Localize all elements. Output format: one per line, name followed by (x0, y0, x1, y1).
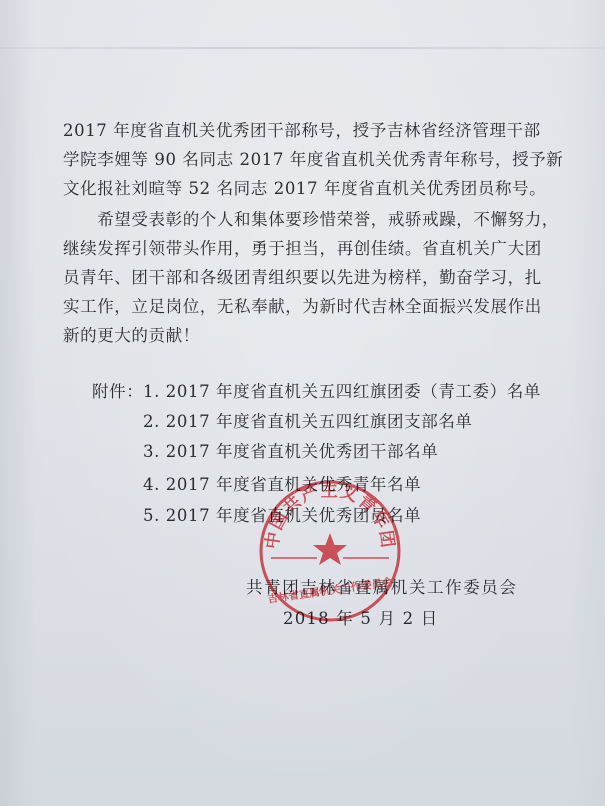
attachment-item: 2. 2017 年度省直机关五四红旗团支部名单 (143, 412, 473, 432)
attachment-item: 1. 2017 年度省直机关五四红旗团委（青工委）名单 (143, 382, 541, 402)
attachments-label: 附件： (92, 382, 143, 402)
attachment-item: 5. 2017 年度省直机关优秀团员名单 (143, 506, 421, 526)
body-line: 员青年、团干部和各级团青组织要以先进为榜样，勤奋学习，扎 (63, 268, 542, 288)
signature-organization: 共青团吉林省直属机关工作委员会 (246, 578, 518, 598)
star-icon (313, 533, 347, 565)
document-date: 2018 年 5 月 2 日 (283, 609, 439, 629)
attachment-item: 4. 2017 年度省直机关优秀青年名单 (143, 475, 421, 495)
body-line: 实工作，立足岗位，无私奉献，为新时代吉林全面振兴发展作出 (63, 297, 542, 317)
body-line: 文化报社刘暄等 52 名同志 2017 年度省直机关优秀团员称号。 (63, 179, 546, 199)
body-line: 学院李娌等 90 名同志 2017 年度省直机关优秀青年称号，授予新 (63, 150, 563, 170)
body-line: 继续发挥引领带头作用，勇于担当，再创佳绩。省直机关广大团 (63, 239, 542, 259)
official-seal-stamp: 中国共产主义青年团 吉林省直属机关工作委员会 (257, 478, 403, 624)
body-line: 2017 年度省直机关优秀团干部称号，授予吉林省经济管理干部 (63, 121, 541, 141)
paper-fold-line (0, 47, 605, 49)
body-line: 新的更大的贡献！ (63, 326, 200, 346)
body-line: 希望受表彰的个人和集体要珍惜荣誉，戒骄戒躁，不懈努力， (63, 210, 559, 230)
attachment-item: 3. 2017 年度省直机关优秀团干部名单 (143, 442, 438, 462)
